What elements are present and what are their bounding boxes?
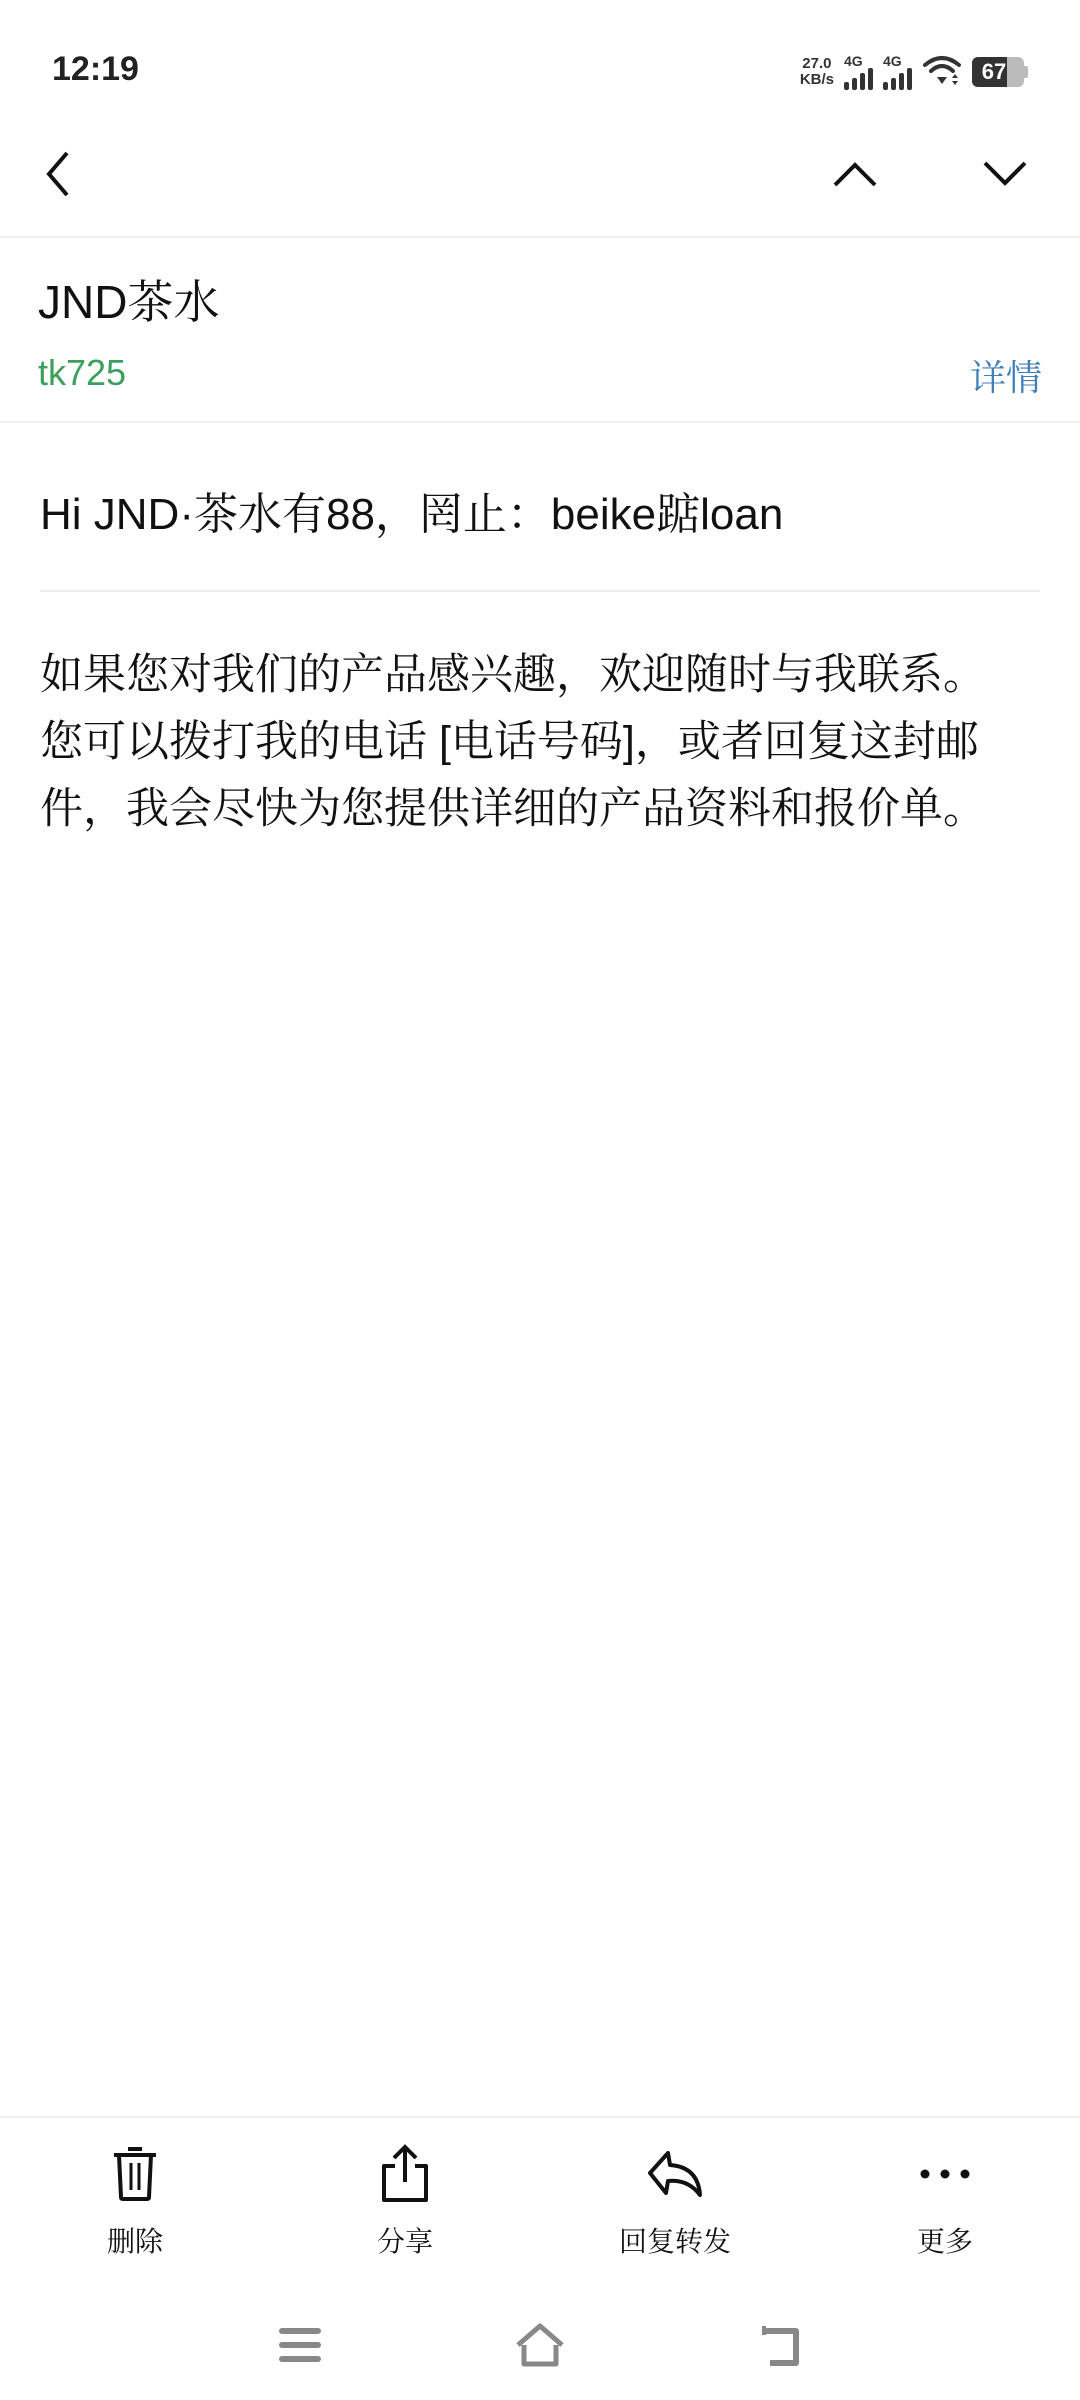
chevron-up-icon	[831, 159, 879, 189]
wifi-icon	[922, 53, 962, 92]
system-nav-bar	[0, 2290, 1080, 2400]
action-toolbar: 删除 分享 回复转发 更多	[0, 2116, 1080, 2268]
battery-percent: 67	[972, 59, 1016, 85]
share-label: 分享	[377, 2220, 433, 2260]
sim1-signal-icon: 4G	[844, 54, 873, 90]
reply-forward-label: 回复转发	[619, 2220, 731, 2260]
back-arrow-icon	[758, 2323, 802, 2367]
back-nav-button[interactable]	[740, 2310, 820, 2380]
divider	[40, 590, 1040, 592]
status-bar: 12:19 27.0 KB/s 4G 4G 67	[0, 0, 1080, 130]
more-label: 更多	[917, 2220, 973, 2260]
sim2-label: 4G	[883, 54, 902, 68]
delete-label: 删除	[107, 2220, 163, 2260]
reply-icon	[643, 2142, 707, 2206]
clock: 12:19	[52, 50, 139, 89]
delete-button[interactable]: 删除	[0, 2118, 270, 2268]
chevron-down-icon	[981, 159, 1029, 189]
sim1-label: 4G	[844, 54, 863, 68]
top-bar	[0, 130, 1080, 238]
previous-email-button[interactable]	[815, 134, 895, 214]
battery-icon: 67	[972, 57, 1024, 87]
email-body: 如果您对我们的产品感兴趣，欢迎随时与我联系。 您可以拨打我的电话 [电话号码]，…	[40, 642, 1050, 843]
sender-name: JND茶水	[38, 266, 219, 332]
next-email-button[interactable]	[965, 134, 1045, 214]
home-button[interactable]	[500, 2310, 580, 2380]
body-line: 如果您对我们的产品感兴趣，欢迎随时与我联系。	[40, 642, 1050, 709]
trash-icon	[103, 2142, 167, 2206]
network-speed: 27.0 KB/s	[800, 56, 834, 88]
reply-forward-button[interactable]: 回复转发	[540, 2118, 810, 2268]
back-button[interactable]	[18, 134, 98, 214]
more-icon	[913, 2142, 977, 2206]
chevron-left-icon	[43, 149, 73, 199]
home-icon	[514, 2323, 566, 2367]
menu-icon	[279, 2327, 321, 2363]
more-button[interactable]: 更多	[810, 2118, 1080, 2268]
divider	[0, 421, 1080, 423]
share-icon	[373, 2142, 437, 2206]
sim2-signal-icon: 4G	[883, 54, 912, 90]
email-subject: Hi JND·茶水有88，罔止：beike踮loan	[40, 478, 783, 542]
body-line: 件，我会尽快为您提供详细的产品资料和报价单。	[40, 776, 1050, 843]
account-name[interactable]: tk725	[38, 352, 126, 394]
network-speed-value: 27.0	[800, 56, 834, 72]
details-link[interactable]: 详情	[970, 350, 1042, 401]
body-line: 您可以拨打我的电话 [电话号码]，或者回复这封邮	[40, 709, 1050, 776]
share-button[interactable]: 分享	[270, 2118, 540, 2268]
status-icons: 27.0 KB/s 4G 4G 67	[800, 52, 1028, 92]
recents-button[interactable]	[260, 2310, 340, 2380]
network-speed-unit: KB/s	[800, 72, 834, 88]
